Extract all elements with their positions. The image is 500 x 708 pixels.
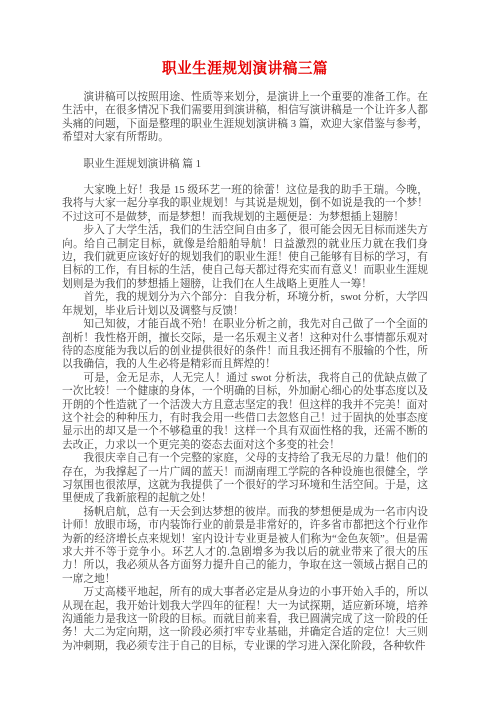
- body-paragraph: 万丈高楼平地起，所有的成大事者必定是从身边的小事开始入手的，所以从现在起，我开始…: [62, 586, 428, 653]
- body-paragraph: 首先，我的规划分为六个部分：自我分析，环境分析，swot 分析，大学四年规划，毕…: [62, 291, 428, 318]
- section-heading: 职业生涯规划演讲稿 篇 1: [62, 158, 428, 171]
- body-paragraph: 知己知彼，才能百战不殆！在职业分析之前，我先对自己做了一个全面的剖析！我性格开朗…: [62, 318, 428, 372]
- body-paragraph: 步入了大学生活，我们的生活空间自由多了，很可能会因无目标而迷失方向。给自己制定目…: [62, 224, 428, 291]
- intro-paragraph: 演讲稿可以按照用途、性质等来划分，是演讲上一个重要的准备工作。在生活中，在很多情…: [62, 91, 428, 145]
- body-paragraph: 扬帆启航，总有一天会到达梦想的彼岸。而我的梦想便是成为一名市内设计师！放眼市场，…: [62, 506, 428, 586]
- body-paragraph: 可是，金无足赤，人无完人！通过 swot 分析法，我将自己的优缺点做了一次比较！…: [62, 372, 428, 452]
- document-title: 职业生涯规划演讲稿三篇: [62, 61, 428, 78]
- body-paragraph: 大家晚上好！我是 15 级环艺一班的徐蕾！这位是我的助手王瑞。今晚，我将与大家一…: [62, 184, 428, 224]
- document-page: 职业生涯规划演讲稿三篇 演讲稿可以按照用途、性质等来划分，是演讲上一个重要的准备…: [0, 0, 500, 708]
- body-paragraph: 我很庆幸自己有一个完整的家庭，父母的支持给了我无尽的力量！他们的存在，为我撑起了…: [62, 452, 428, 506]
